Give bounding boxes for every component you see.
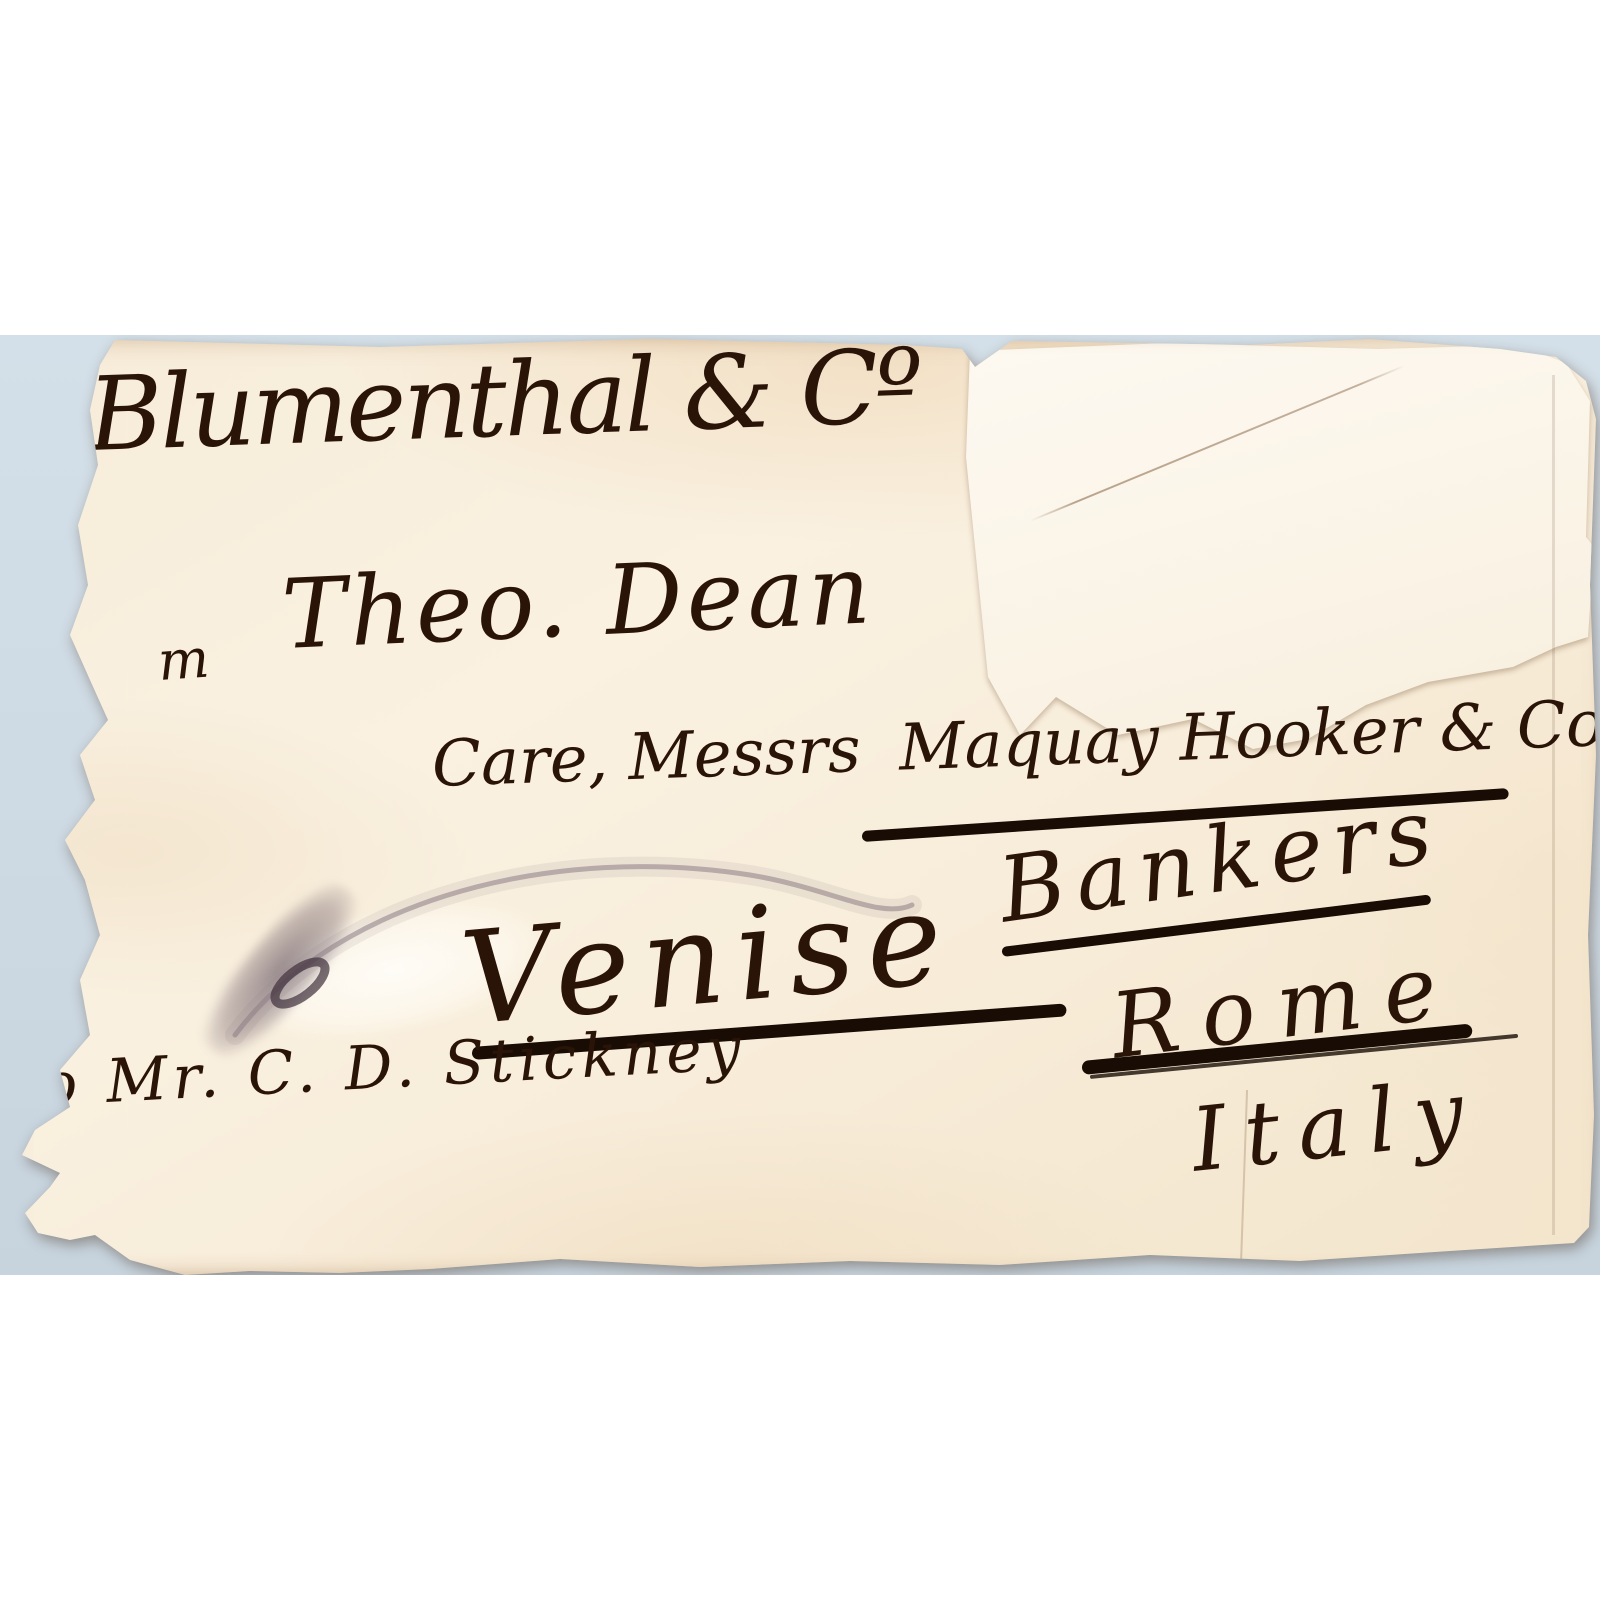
right-edge-fold-line [1552, 375, 1555, 1235]
country-line: Italy [1187, 1067, 1485, 1185]
attention-line: to Mr. C. D. Stickney [10, 1019, 747, 1117]
envelope-paper: Blumenthal & Cº m Theo. Dean Care, Messr… [0, 335, 1600, 1275]
scan-background: Blumenthal & Cº m Theo. Dean Care, Messr… [0, 335, 1600, 1275]
scanned-envelope-page: Blumenthal & Cº m Theo. Dean Care, Messr… [0, 0, 1600, 1600]
care-of-text: Care, Messrs [431, 713, 862, 802]
company-line: Blumenthal & Cº [86, 336, 922, 467]
envelope-shadow-wrapper: Blumenthal & Cº m Theo. Dean Care, Messr… [0, 335, 1600, 1275]
addressee-name-line: Theo. Dean [280, 541, 876, 663]
name-prefix-fragment: m [156, 631, 211, 688]
struck-bankers-line: Bankers [994, 786, 1447, 937]
